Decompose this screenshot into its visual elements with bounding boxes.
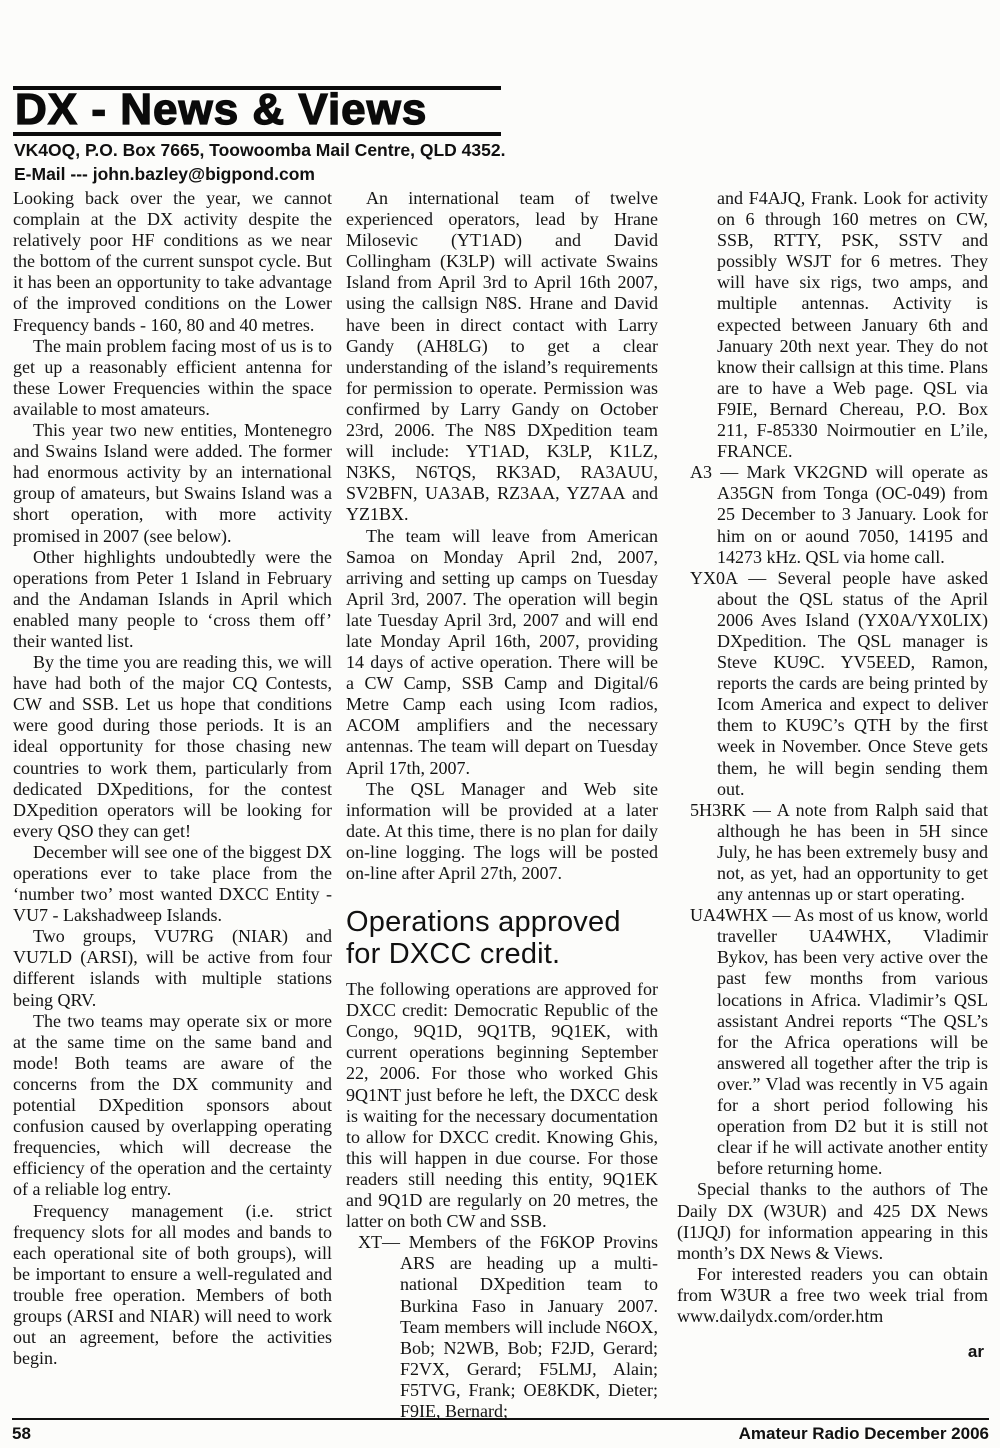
- paragraph: Other highlights undoubtedly were the op…: [13, 547, 332, 652]
- item-text: Mark VK2GND will operate as A35GN from T…: [717, 462, 988, 566]
- paragraph: An international team of twelve experien…: [346, 188, 658, 526]
- paragraph: Special thanks to the authors of The Dai…: [677, 1179, 988, 1263]
- paragraph: The QSL Manager and Web site information…: [346, 779, 658, 884]
- paragraph: For interested readers you can obtain fr…: [677, 1264, 988, 1327]
- list-item-yx0a: YX0A — Several people have asked about t…: [677, 568, 988, 800]
- item-label: UA4WHX —: [690, 905, 791, 925]
- paragraph: The following operations are approved fo…: [346, 979, 658, 1232]
- list-item-xt: XT— Members of the F6KOP Provins ARS are…: [346, 1232, 658, 1422]
- item-label: YX0A —: [690, 568, 766, 588]
- paragraph: December will see one of the biggest DX …: [13, 842, 332, 926]
- paragraph: This year two new entities, Montenegro a…: [13, 420, 332, 547]
- masthead: DX - News & Views: [13, 86, 501, 136]
- column-2: An international team of twelve experien…: [346, 188, 658, 1422]
- item-label: 5H3RK —: [690, 800, 771, 820]
- list-item-5h3rk: 5H3RK — A note from Ralph said that alth…: [677, 800, 988, 905]
- list-item-xt-continuation: and F4AJQ, Frank. Look for activity on 6…: [677, 188, 988, 462]
- paragraph: The two teams may operate six or more at…: [13, 1011, 332, 1201]
- contact-block: VK4OQ, P.O. Box 7665, Toowoomba Mail Cen…: [14, 138, 634, 186]
- column-1: Looking back over the year, we cannot co…: [13, 188, 332, 1369]
- item-text: As most of us know, world traveller UA4W…: [717, 905, 988, 1178]
- paragraph: Looking back over the year, we cannot co…: [13, 188, 332, 336]
- paragraph: Two groups, VU7RG (NIAR) and VU7LD (ARSI…: [13, 926, 332, 1010]
- page-number: 58: [12, 1424, 31, 1444]
- contact-address: VK4OQ, P.O. Box 7665, Toowoomba Mail Cen…: [14, 138, 634, 162]
- magazine-page: DX - News & Views VK4OQ, P.O. Box 7665, …: [0, 0, 1000, 1448]
- paragraph: The team will leave from American Samoa …: [346, 526, 658, 779]
- paragraph: By the time you are reading this, we wil…: [13, 652, 332, 842]
- column-3: and F4AJQ, Frank. Look for activity on 6…: [677, 188, 988, 1362]
- item-text: Members of the F6KOP Provins ARS are hea…: [400, 1232, 658, 1421]
- list-item-a3: A3 — Mark VK2GND will operate as A35GN f…: [677, 462, 988, 567]
- list-item-ua4whx: UA4WHX — As most of us know, world trave…: [677, 905, 988, 1179]
- page-title: DX - News & Views: [13, 90, 501, 132]
- item-label: A3 —: [690, 462, 738, 482]
- article-end-marker: ar: [677, 1341, 988, 1362]
- contact-email: E-Mail --- john.bazley@bigpond.com: [14, 162, 634, 186]
- paragraph: Frequency management (i.e. strict freque…: [13, 1201, 332, 1370]
- paragraph: The main problem facing most of us is to…: [13, 336, 332, 420]
- footer-rule: [12, 1418, 989, 1420]
- section-heading-dxcc: Operations approved for DXCC credit.: [346, 906, 658, 970]
- item-text: Several people have asked about the QSL …: [717, 568, 988, 799]
- item-label: XT—: [358, 1232, 400, 1252]
- journal-name: Amateur Radio December 2006: [739, 1424, 989, 1444]
- footer: 58 Amateur Radio December 2006: [12, 1424, 989, 1444]
